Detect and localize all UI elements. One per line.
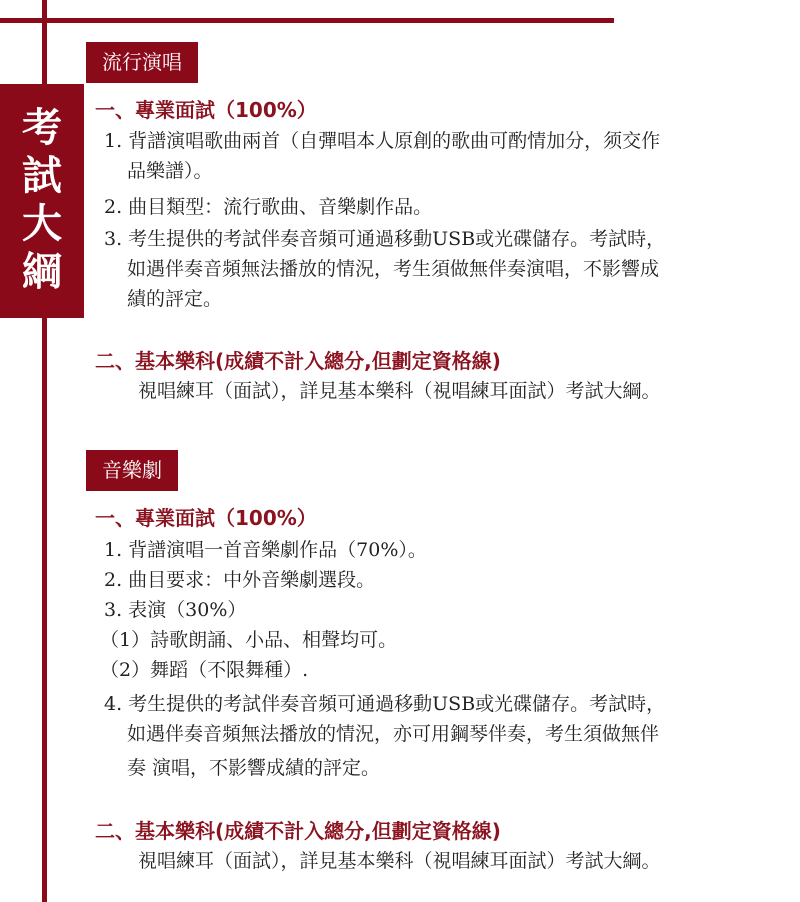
side-title-char: 大 [22,200,62,248]
section-1-part-2-line: 視唱練耳（面試），詳見基本樂科（視唱練耳面試）考試大綱。 [138,378,661,404]
section-2-part-1-line: 2. 曲目要求：中外音樂劇選段。 [104,567,375,593]
section-2-part-1-heading: 一、專業面試（100%） [95,505,317,531]
section-1-part-1-line: 品樂譜）。 [127,158,213,184]
section-2-part-2-line: 視唱練耳（面試），詳見基本樂科（視唱練耳面試）考試大綱。 [138,848,661,874]
section-tag-pop-singing: 流行演唱 [86,42,198,83]
side-title-char: 考 [22,104,62,152]
side-title-char: 試 [22,152,62,200]
section-1-part-1-line: 如遇伴奏音頻無法播放的情況，考生須做無伴奏演唱，不影響成 [127,256,659,282]
section-2-part-1-line: 3. 表演（30%） [104,597,246,623]
section-1-part-1-line: 績的評定。 [127,286,222,312]
section-2-part-1-line: 奏 演唱，不影響成績的評定。 [127,755,380,781]
section-1-part-1-line: 1. 背譜演唱歌曲兩首（自彈唱本人原創的歌曲可酌情加分，须交作 [104,128,660,154]
section-2-part-1-line: （2）舞蹈（不限舞種）. [100,657,308,683]
section-1-part-1-heading: 一、專業面試（100%） [95,97,317,123]
side-title-char: 綱 [22,248,62,296]
section-2-part-1-line: （1）詩歌朗誦、小品、相聲均可。 [100,627,397,653]
section-2-part-2-heading: 二、基本樂科(成績不計入總分,但劃定資格線) [95,818,501,844]
horizontal-decor-line [0,18,614,23]
section-1-part-1-line: 3. 考生提供的考試伴奏音頻可通過移動USB或光碟儲存。考試時， [104,226,665,252]
exam-outline-side-title: 考 試 大 綱 [0,84,84,318]
section-1-part-2-heading: 二、基本樂科(成績不計入總分,但劃定資格線) [95,348,501,374]
section-2-part-1-line: 4. 考生提供的考試伴奏音頻可通過移動USB或光碟儲存。考試時， [104,691,665,717]
section-1-part-1-line: 2. 曲目類型：流行歌曲、音樂劇作品。 [104,194,432,220]
section-2-part-1-line: 如遇伴奏音頻無法播放的情況，亦可用鋼琴伴奏，考生須做無伴 [127,721,659,747]
section-tag-musical-theatre: 音樂劇 [86,450,178,491]
section-2-part-1-line: 1. 背譜演唱一首音樂劇作品（70%）。 [104,537,427,563]
